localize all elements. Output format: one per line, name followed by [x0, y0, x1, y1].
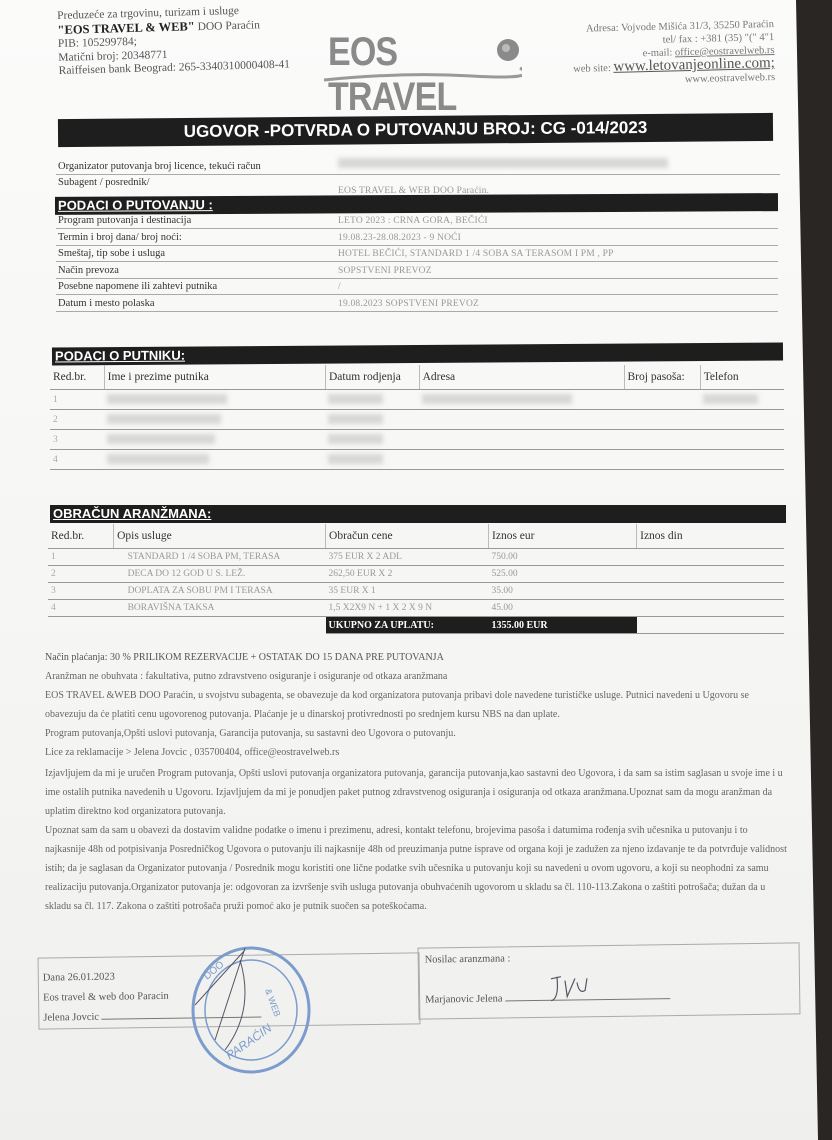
amount-din: [637, 566, 784, 583]
amount-eur: 750.00: [489, 549, 637, 566]
pricing-section-heading: OBRAČUN ARANŽMANA:: [50, 505, 786, 523]
payment-terms: Način plaćanja: 30 % PRILIKOM REZERVACIJ…: [45, 648, 790, 667]
redacted-dob: [328, 394, 383, 404]
row-number: 2: [50, 410, 104, 430]
row-number: 2: [48, 566, 114, 583]
terms-paragraph-2: Program putovanja,Opšti uslovi putovanja…: [45, 724, 790, 743]
redacted-name: [107, 434, 215, 444]
passenger-row: 2: [50, 410, 784, 430]
amount-eur: 45.00: [489, 600, 637, 617]
holder-signature: [547, 974, 597, 1005]
redacted-name: [107, 454, 209, 464]
total-value: 1355.00 EUR: [489, 617, 637, 634]
pricing-row: 1 STANDARD 1 /4 SOBA PM, TERASA 375 EUR …: [48, 549, 784, 566]
eos-travel-logo: EOS TRAVEL: [322, 28, 522, 86]
service-description: DOPLATA ZA SOBU PM I TERASA: [114, 583, 326, 600]
price-calculation: 375 EUR X 2 ADL: [326, 549, 489, 566]
row-number: 1: [50, 390, 104, 410]
row-number: 1: [48, 549, 114, 566]
trip-row-label: Datum i mesto polaska: [58, 297, 155, 311]
passenger-column-header: Red.br.: [50, 365, 104, 390]
pricing-column-header: Obračun cene: [326, 524, 489, 549]
trip-row: Datum i mesto polaska19.08.2023 SOPSTVEN…: [56, 297, 778, 312]
amount-eur: 525.00: [489, 566, 637, 583]
service-description: STANDARD 1 /4 SOBA PM, TERASA: [114, 549, 326, 566]
passenger-row: 1: [50, 390, 784, 410]
pricing-row: 2 DECA DO 12 GOD U S. LEŽ. 262,50 EUR X …: [48, 566, 784, 583]
redacted-dob: [328, 434, 383, 444]
total-label: UKUPNO ZA UPLATU:: [326, 617, 489, 634]
passenger-table: Red.br.Ime i prezime putnikaDatum rodjen…: [50, 365, 784, 470]
row-number: 4: [50, 450, 104, 470]
trip-row-value: /: [338, 280, 341, 294]
passenger-column-header: Adresa: [419, 365, 624, 390]
organizer-row: Organizator putovanja broj licence, teku…: [56, 160, 780, 175]
company-info: Preduzeće za trgovinu, turizam i usluge …: [57, 4, 290, 79]
redacted-dob: [328, 414, 383, 424]
row-number: 3: [48, 583, 114, 600]
trip-row-value: 19.08.2023 SOPSTVENI PREVOZ: [338, 297, 479, 311]
trip-row-label: Termin i broj dana/ broj noći:: [58, 231, 182, 245]
terms-paragraph-1: EOS TRAVEL &WEB DOO Paraćin, u svojstvu …: [45, 686, 790, 724]
trip-row: Smeštaj, tip sobe i uslugaHOTEL BEČIĆI, …: [56, 247, 778, 262]
trip-row-value: HOTEL BEČIĆI, STANDARD 1 /4 SOBA SA TERA…: [338, 247, 614, 261]
amount-din: [637, 600, 784, 617]
passenger-column-header: Broj pasoša:: [624, 365, 700, 390]
passenger-column-header: Ime i prezime putnika: [104, 365, 325, 390]
data-consent-paragraph: Upoznat sam da sam u obavezi da dostavim…: [45, 821, 790, 916]
service-description: DECA DO 12 GOD U S. LEŽ.: [114, 566, 326, 583]
company-stamp: PARAĆIN & WEB DOO: [185, 950, 313, 1050]
trip-row: Posebne napomene ili zahtevi putnika/: [56, 280, 778, 295]
trip-row-label: Način prevoza: [58, 264, 119, 278]
pricing-column-header: Iznos din: [637, 524, 784, 549]
trip-row: Termin i broj dana/ broj noći:19.08.23-2…: [56, 231, 778, 246]
pricing-row: 4 BORAVIŠNA TAKSA 1,5 X2X9 N + 1 X 2 X 9…: [48, 600, 784, 617]
trip-row-value: 19.08.23-28.08.2023 - 9 NOĆI: [338, 231, 461, 245]
price-calculation: 262,50 EUR X 2: [326, 566, 489, 583]
subagent-row: Subagent / posrednik/ EOS TRAVEL & WEB D…: [56, 176, 780, 190]
trip-row-value: SOPSTVENI PREVOZ: [338, 264, 432, 278]
pricing-column-header: Opis usluge: [114, 524, 326, 549]
passenger-row: 3: [50, 430, 784, 450]
terms-section: Način plaćanja: 30 % PRILIKOM REZERVACIJ…: [45, 648, 790, 916]
amount-din: [637, 583, 784, 600]
amount-din: [637, 549, 784, 566]
declaration-paragraph: Izjavljujem da mi je uručen Program puto…: [45, 764, 790, 821]
trip-row: Program putovanja i destinacijaLETO 2023…: [56, 214, 778, 229]
trip-row: Način prevozaSOPSTVENI PREVOZ: [56, 264, 778, 279]
redacted-name: [107, 414, 221, 424]
row-number: 4: [48, 600, 114, 617]
redacted-value: [338, 158, 668, 168]
trip-row-value: LETO 2023 : CRNA GORA, BEČIĆI: [338, 214, 488, 228]
holder-label: Nosilac aranzmana :: [425, 953, 511, 965]
passenger-row: 4: [50, 450, 784, 470]
pricing-table: Red.br.Opis uslugeObračun ceneIznos eurI…: [48, 524, 784, 634]
contact-info: Adresa: Vojvode Mišića 31/3, 35250 Parać…: [572, 18, 775, 89]
trip-row-label: Smeštaj, tip sobe i usluga: [58, 247, 165, 261]
pricing-column-header: Red.br.: [48, 524, 114, 549]
price-calculation: 1,5 X2X9 N + 1 X 2 X 9 N: [326, 600, 489, 617]
holder-signature-box: Nosilac aranzmana : Marjanovic Jelena: [418, 942, 801, 1019]
row-number: 3: [50, 430, 104, 450]
complaints-contact: Lice za reklamacije > Jelena Jovcic , 03…: [45, 743, 790, 762]
excluded-services: Aranžman ne obuhvata : fakultativa, putn…: [45, 667, 790, 686]
pricing-row: 3 DOPLATA ZA SOBU PM I TERASA 35 EUR X 1…: [48, 583, 784, 600]
price-calculation: 35 EUR X 1: [326, 583, 489, 600]
trip-row-label: Posebne napomene ili zahtevi putnika: [58, 280, 217, 294]
pricing-column-header: Iznos eur: [489, 524, 637, 549]
redacted-name: [107, 394, 227, 404]
trip-section-heading: PODACI O PUTOVANJU :: [55, 193, 778, 215]
amount-eur: 35.00: [489, 583, 637, 600]
passenger-column-header: Telefon: [700, 365, 784, 390]
trip-row-label: Program putovanja i destinacija: [58, 214, 191, 228]
svg-text:& WEB: & WEB: [263, 987, 282, 1018]
redacted-phone: [703, 394, 758, 404]
service-description: BORAVIŠNA TAKSA: [114, 600, 326, 617]
redacted-address: [422, 394, 572, 404]
redacted-dob: [328, 454, 383, 464]
passenger-column-header: Datum rodjenja: [325, 365, 419, 390]
